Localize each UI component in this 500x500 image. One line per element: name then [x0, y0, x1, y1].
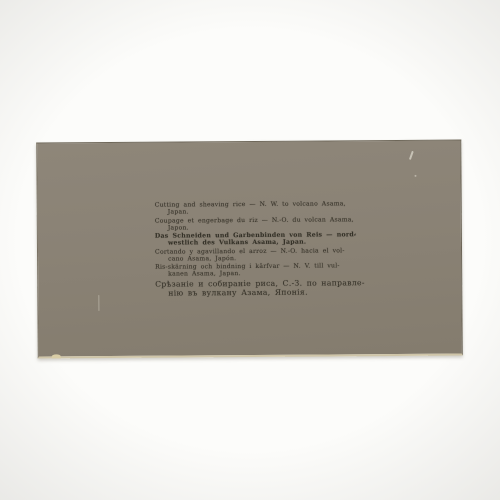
caption-entry-russian: Срѣзаніе и собираніе риса, С.-З. по напр… [155, 279, 360, 298]
caption-entry-spanish: Cortando y agavillando el arroz — N.-O. … [155, 248, 360, 263]
caption-entry-french: Coupage et engerbage du riz — N.-O. du v… [155, 217, 360, 232]
caption-entry-german: Das Schneiden und Garbenbinden von Reis … [155, 232, 360, 247]
scratch-mark [98, 295, 99, 311]
caption-entry-swedish: Ris-skärning och bindning i kärfvar — N.… [155, 264, 360, 279]
caption-entry-english: Cutting and sheaving rice — N. W. to vol… [155, 201, 360, 216]
caption-line: Japan. [155, 208, 360, 216]
caption-line: нію въ вулкану Азама, Японія. [155, 288, 360, 298]
stereocard-back: Cutting and sheaving rice — N. W. to vol… [36, 140, 462, 359]
scratch-mark [409, 151, 414, 160]
speck-mark [414, 175, 416, 177]
corner-chip-mark [52, 354, 61, 358]
photograph-background: Cutting and sheaving rice — N. W. to vol… [0, 0, 500, 500]
caption-block: Cutting and sheaving rice — N. W. to vol… [155, 201, 361, 299]
